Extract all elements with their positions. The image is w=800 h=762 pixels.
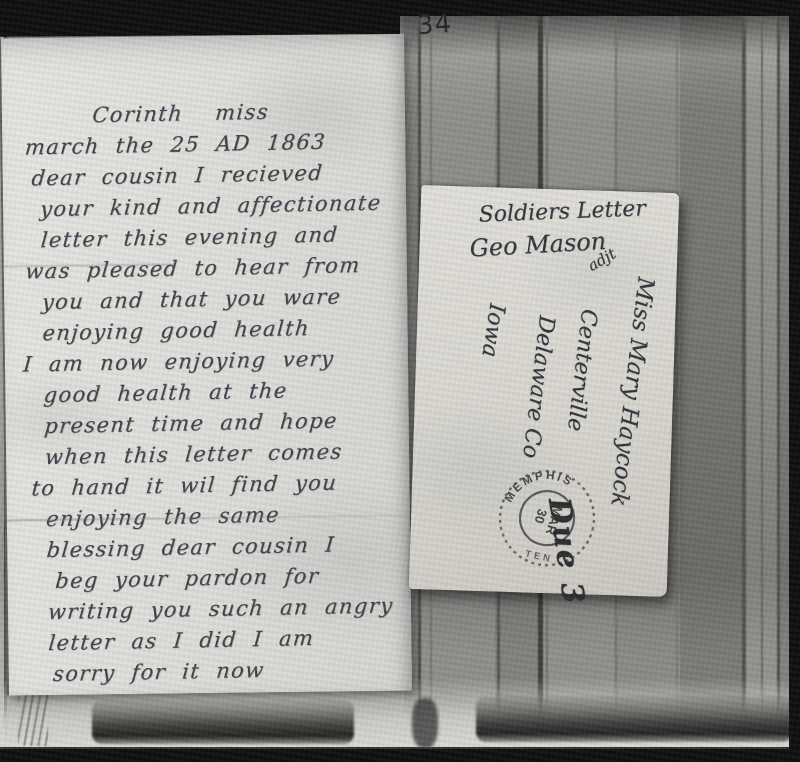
archival-photo-page: 34 Corinth miss march the 25 AD 1863 dea…: [0, 0, 800, 762]
photo-border-right: [789, 0, 800, 762]
door-bottom-shadow-band: [92, 700, 354, 744]
envelope-address-town: Centerville: [562, 308, 601, 433]
envelope-address-state: Iowa: [476, 302, 509, 359]
envelope-address-recipient: Miss Mary Haycock: [605, 276, 658, 508]
door-corner-smudge: [18, 694, 48, 746]
photo-border-bottom: [0, 747, 800, 762]
door-panel-line: [761, 14, 763, 748]
door-panel-line: [777, 14, 780, 748]
letter-body: Corinth miss march the 25 AD 1863 dear c…: [20, 94, 406, 690]
envelope-endorsement: Soldiers Letter: [478, 196, 646, 227]
photo-border-top-left: [0, 0, 400, 37]
envelope: Soldiers Letter Geo Mason adjt Miss Mary…: [409, 185, 680, 597]
door-bottom-blotch: [412, 698, 438, 748]
door-panel-line: [676, 14, 678, 748]
letter-line: sorry for it now: [28, 652, 406, 690]
door-bottom-shadow-band: [476, 696, 792, 742]
page-number: 34: [416, 9, 453, 41]
envelope-address-county: Delaware Co: [517, 314, 559, 459]
letter-page: Corinth miss march the 25 AD 1863 dear c…: [0, 34, 412, 696]
door-panel-line: [742, 14, 746, 748]
